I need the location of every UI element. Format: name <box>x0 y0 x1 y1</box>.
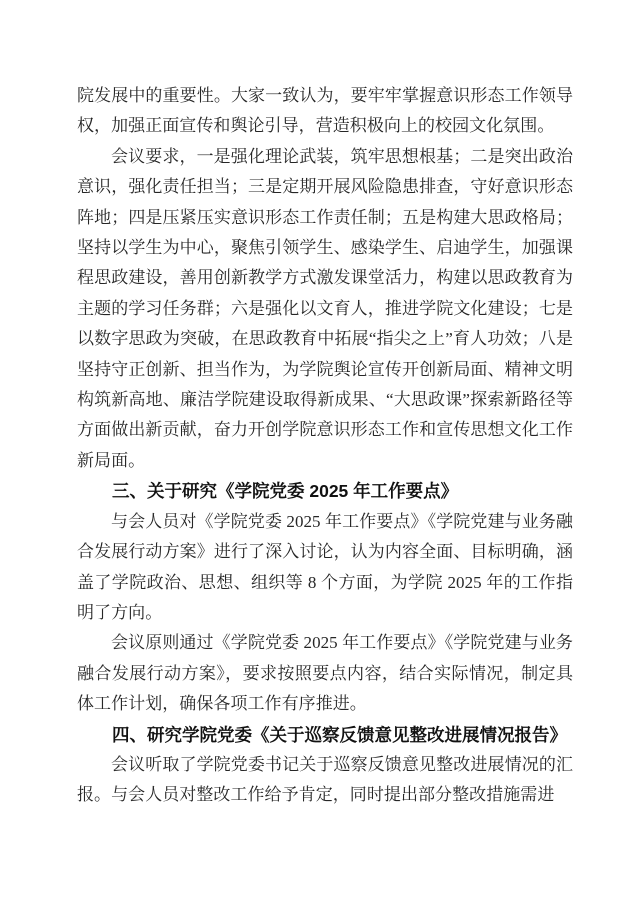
document-page: 院发展中的重要性。大家一致认为，要牢牢掌握意识形态工作领导权，加强正面宣传和舆论… <box>0 0 639 905</box>
section-heading-item-4: 四、研究学院党委《关于巡察反馈意见整改进展情况报告》 <box>77 720 573 750</box>
body-paragraph-discussion: 与会人员对《学院党委 2025 年工作要点》《学院党建与业务融合发展行动方案》进… <box>77 507 573 629</box>
document-body: 院发展中的重要性。大家一致认为，要牢牢掌握意识形态工作领导权，加强正面宣传和舆论… <box>77 81 573 811</box>
body-paragraph-inspection-report: 会议听取了学院党委书记关于巡察反馈意见整改进展情况的汇报。与会人员对整改工作给予… <box>77 750 573 811</box>
section-heading-item-3: 三、关于研究《学院党委 2025 年工作要点》 <box>77 476 573 506</box>
body-paragraph-continuation: 院发展中的重要性。大家一致认为，要牢牢掌握意识形态工作领导权，加强正面宣传和舆论… <box>77 81 573 142</box>
body-paragraph-approval: 会议原则通过《学院党委 2025 年工作要点》《学院党建与业务融合发展行动方案》… <box>77 628 573 719</box>
body-paragraph-meeting-requirements: 会议要求，一是强化理论武装，筑牢思想根基；二是突出政治意识，强化责任担当；三是定… <box>77 142 573 476</box>
